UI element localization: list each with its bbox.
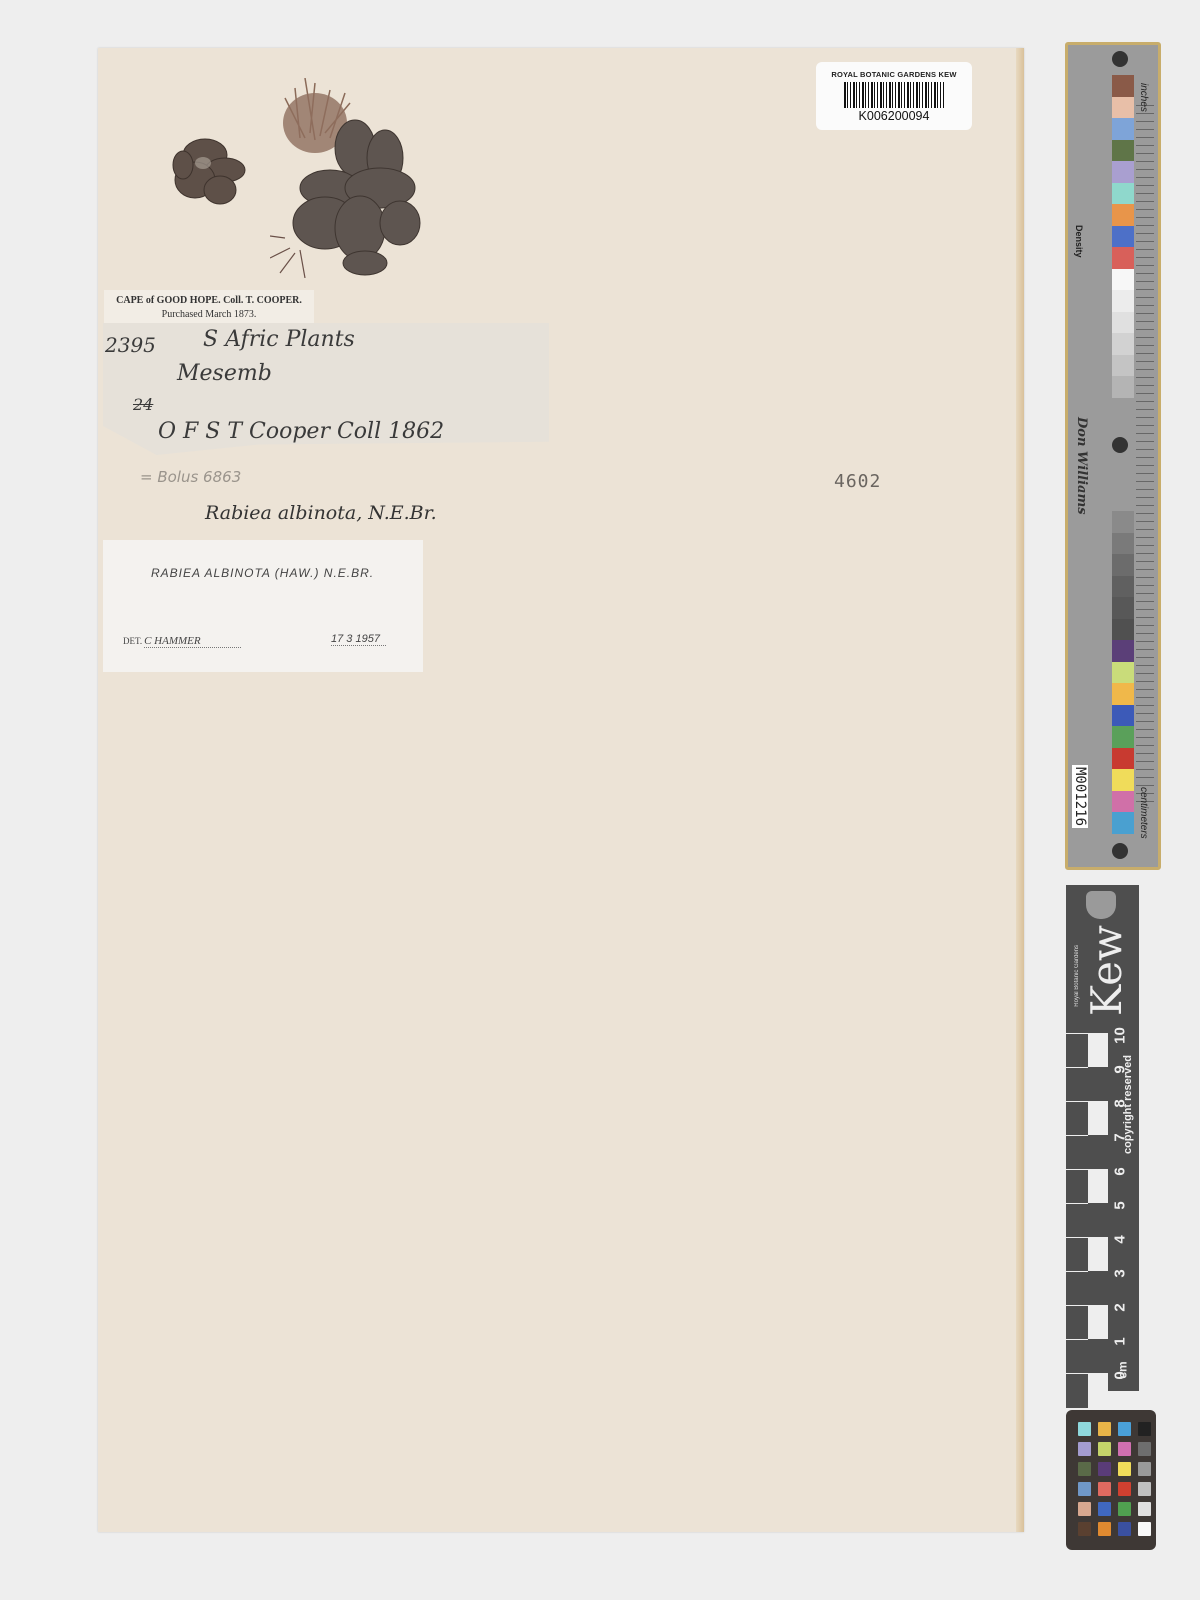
handwritten-line2: Mesemb	[177, 361, 272, 386]
scale-number: 3	[1112, 1264, 1129, 1284]
cm-unit-label: cm	[1116, 1361, 1130, 1378]
colour-card-cell	[1098, 1442, 1111, 1456]
cm-scale	[1066, 1033, 1110, 1391]
scale-segment	[1066, 1339, 1088, 1374]
ruler-hole-top	[1112, 51, 1128, 67]
handwritten-line4: O F S T Cooper Coll 1862	[158, 419, 444, 444]
scale-number: 2	[1112, 1298, 1129, 1318]
colour-card-cell	[1138, 1422, 1151, 1436]
colour-card-cell	[1118, 1482, 1131, 1496]
bolus-annotation: = Bolus 6863	[140, 468, 241, 486]
ruler-hole-middle	[1112, 437, 1128, 453]
kew-scale-bar: Kew Royal Botanic Gardens 109876543210 c…	[1066, 885, 1139, 1391]
swatch-column-top	[1112, 75, 1134, 398]
determination-row: DET.C HAMMER	[123, 635, 241, 647]
barcode-label: ROYAL BOTANIC GARDENS KEW K006200094	[816, 62, 972, 130]
sheet-edge	[1016, 48, 1024, 1532]
colour-card-cell	[1138, 1522, 1151, 1536]
scale-segment	[1066, 1203, 1088, 1238]
colour-card-cell	[1138, 1482, 1151, 1496]
handwritten-line3: 24	[133, 395, 153, 414]
scale-segment	[1066, 1169, 1088, 1204]
colour-swatch	[1112, 619, 1134, 641]
colour-swatch	[1112, 597, 1134, 619]
colour-card-cell	[1078, 1502, 1091, 1516]
scale-segment	[1088, 1203, 1108, 1237]
colour-card-cell	[1078, 1422, 1091, 1436]
scale-number: 1	[1112, 1332, 1129, 1352]
institution-name: ROYAL BOTANIC GARDENS KEW	[816, 70, 972, 79]
species-annotation: Rabiea albinota, N.E.Br.	[205, 502, 437, 524]
barcode-number: K006200094	[816, 109, 972, 123]
colour-card-cell	[1138, 1442, 1151, 1456]
colour-swatch	[1112, 204, 1134, 226]
colour-swatch	[1112, 576, 1134, 598]
determiner-name: C HAMMER	[144, 635, 241, 648]
colour-swatch	[1112, 75, 1134, 97]
colour-card-cell	[1098, 1462, 1111, 1476]
scale-segment	[1066, 1135, 1088, 1170]
colour-card-cell	[1138, 1502, 1151, 1516]
colour-swatch	[1112, 161, 1134, 183]
colour-swatch	[1112, 791, 1134, 813]
colour-swatch	[1112, 683, 1134, 705]
scale-segment	[1088, 1339, 1108, 1373]
stamp-number: 4602	[834, 471, 881, 492]
barcode	[844, 82, 944, 108]
colour-swatch	[1112, 812, 1134, 834]
colour-swatch	[1112, 183, 1134, 205]
colour-swatch	[1112, 511, 1134, 533]
ruler-brand: Don Williams	[1074, 417, 1089, 515]
colour-card-cell	[1118, 1422, 1131, 1436]
ruler-hole-bottom	[1112, 843, 1128, 859]
scale-segment	[1066, 1101, 1088, 1136]
ruler-ticks	[1136, 105, 1154, 805]
inches-label: inches	[1138, 83, 1149, 112]
colour-swatch	[1112, 118, 1134, 140]
copyright-text: copyright reserved	[1122, 1055, 1134, 1154]
colour-card-cell	[1098, 1502, 1111, 1516]
kew-crest-icon	[1086, 891, 1116, 919]
colour-card-cell	[1078, 1442, 1091, 1456]
colour-swatch	[1112, 247, 1134, 269]
colour-card-cell	[1078, 1462, 1091, 1476]
collection-label-line1: CAPE of GOOD HOPE. Coll. T. COOPER.	[104, 294, 314, 308]
scale-number: 10	[1112, 1026, 1129, 1046]
colour-swatch	[1112, 140, 1134, 162]
colour-card-cell	[1078, 1522, 1091, 1536]
colour-ruler: inches centimeters Density Don Williams …	[1065, 42, 1161, 870]
scale-segment	[1066, 1033, 1088, 1068]
collection-label-line2: Purchased March 1873.	[104, 308, 314, 322]
colour-card-cell	[1138, 1462, 1151, 1476]
colour-swatch	[1112, 769, 1134, 791]
kew-logo: Kew	[1082, 925, 1131, 1016]
scale-number: 6	[1112, 1162, 1129, 1182]
colour-swatch	[1112, 554, 1134, 576]
colour-card-cell	[1118, 1522, 1131, 1536]
colour-swatch	[1112, 97, 1134, 119]
kew-subtitle: Royal Botanic Gardens	[1074, 945, 1080, 1007]
centimeters-label: centimeters	[1138, 787, 1149, 839]
handwritten-label: 2395 S Afric Plants Mesemb 24 O F S T Co…	[103, 323, 549, 455]
scale-segment	[1066, 1305, 1088, 1340]
herbarium-sheet	[98, 48, 1024, 1532]
colour-card-cell	[1098, 1482, 1111, 1496]
colour-swatch	[1112, 726, 1134, 748]
swatch-column-bottom	[1112, 511, 1134, 834]
colour-checker-card	[1066, 1410, 1156, 1550]
scale-segment	[1088, 1067, 1108, 1101]
colour-swatch	[1112, 312, 1134, 334]
colour-card-cell	[1078, 1482, 1091, 1496]
colour-swatch	[1112, 533, 1134, 555]
colour-card-cell	[1118, 1502, 1131, 1516]
scale-segment	[1088, 1271, 1108, 1305]
scale-segment	[1088, 1373, 1108, 1407]
scale-segment	[1066, 1067, 1088, 1102]
scale-segment	[1088, 1237, 1108, 1271]
colour-swatch	[1112, 269, 1134, 291]
scale-segment	[1088, 1169, 1108, 1203]
colour-swatch	[1112, 748, 1134, 770]
colour-swatch	[1112, 333, 1134, 355]
colour-swatch	[1112, 355, 1134, 377]
determination-date: 17 3 1957	[331, 633, 386, 646]
scale-number: 5	[1112, 1196, 1129, 1216]
colour-card-cell	[1118, 1442, 1131, 1456]
scale-segment	[1066, 1373, 1088, 1408]
ruler-id: M001216	[1072, 765, 1088, 828]
determination-name: RABIEA ALBINOTA (HAW.) N.E.BR.	[151, 566, 374, 580]
determination-label: RABIEA ALBINOTA (HAW.) N.E.BR. DET.C HAM…	[103, 540, 423, 672]
colour-swatch	[1112, 376, 1134, 398]
colour-swatch	[1112, 226, 1134, 248]
colour-swatch	[1112, 640, 1134, 662]
handwritten-number: 2395	[105, 333, 156, 357]
scale-segment	[1088, 1033, 1108, 1067]
specimen-small	[165, 125, 250, 215]
colour-swatch	[1112, 662, 1134, 684]
specimen-large	[270, 78, 425, 278]
colour-card-cell	[1098, 1522, 1111, 1536]
scale-segment	[1088, 1305, 1108, 1339]
handwritten-line1: S Afric Plants	[203, 327, 355, 352]
scale-segment	[1088, 1135, 1108, 1169]
colour-card-cell	[1118, 1462, 1131, 1476]
colour-card-cell	[1098, 1422, 1111, 1436]
density-label: Density	[1074, 225, 1084, 258]
scale-segment	[1088, 1101, 1108, 1135]
colour-swatch	[1112, 705, 1134, 727]
scale-number: 4	[1112, 1230, 1129, 1250]
colour-swatch	[1112, 290, 1134, 312]
scale-segment	[1066, 1237, 1088, 1272]
det-prefix: DET.	[123, 636, 142, 646]
scale-segment	[1066, 1271, 1088, 1306]
